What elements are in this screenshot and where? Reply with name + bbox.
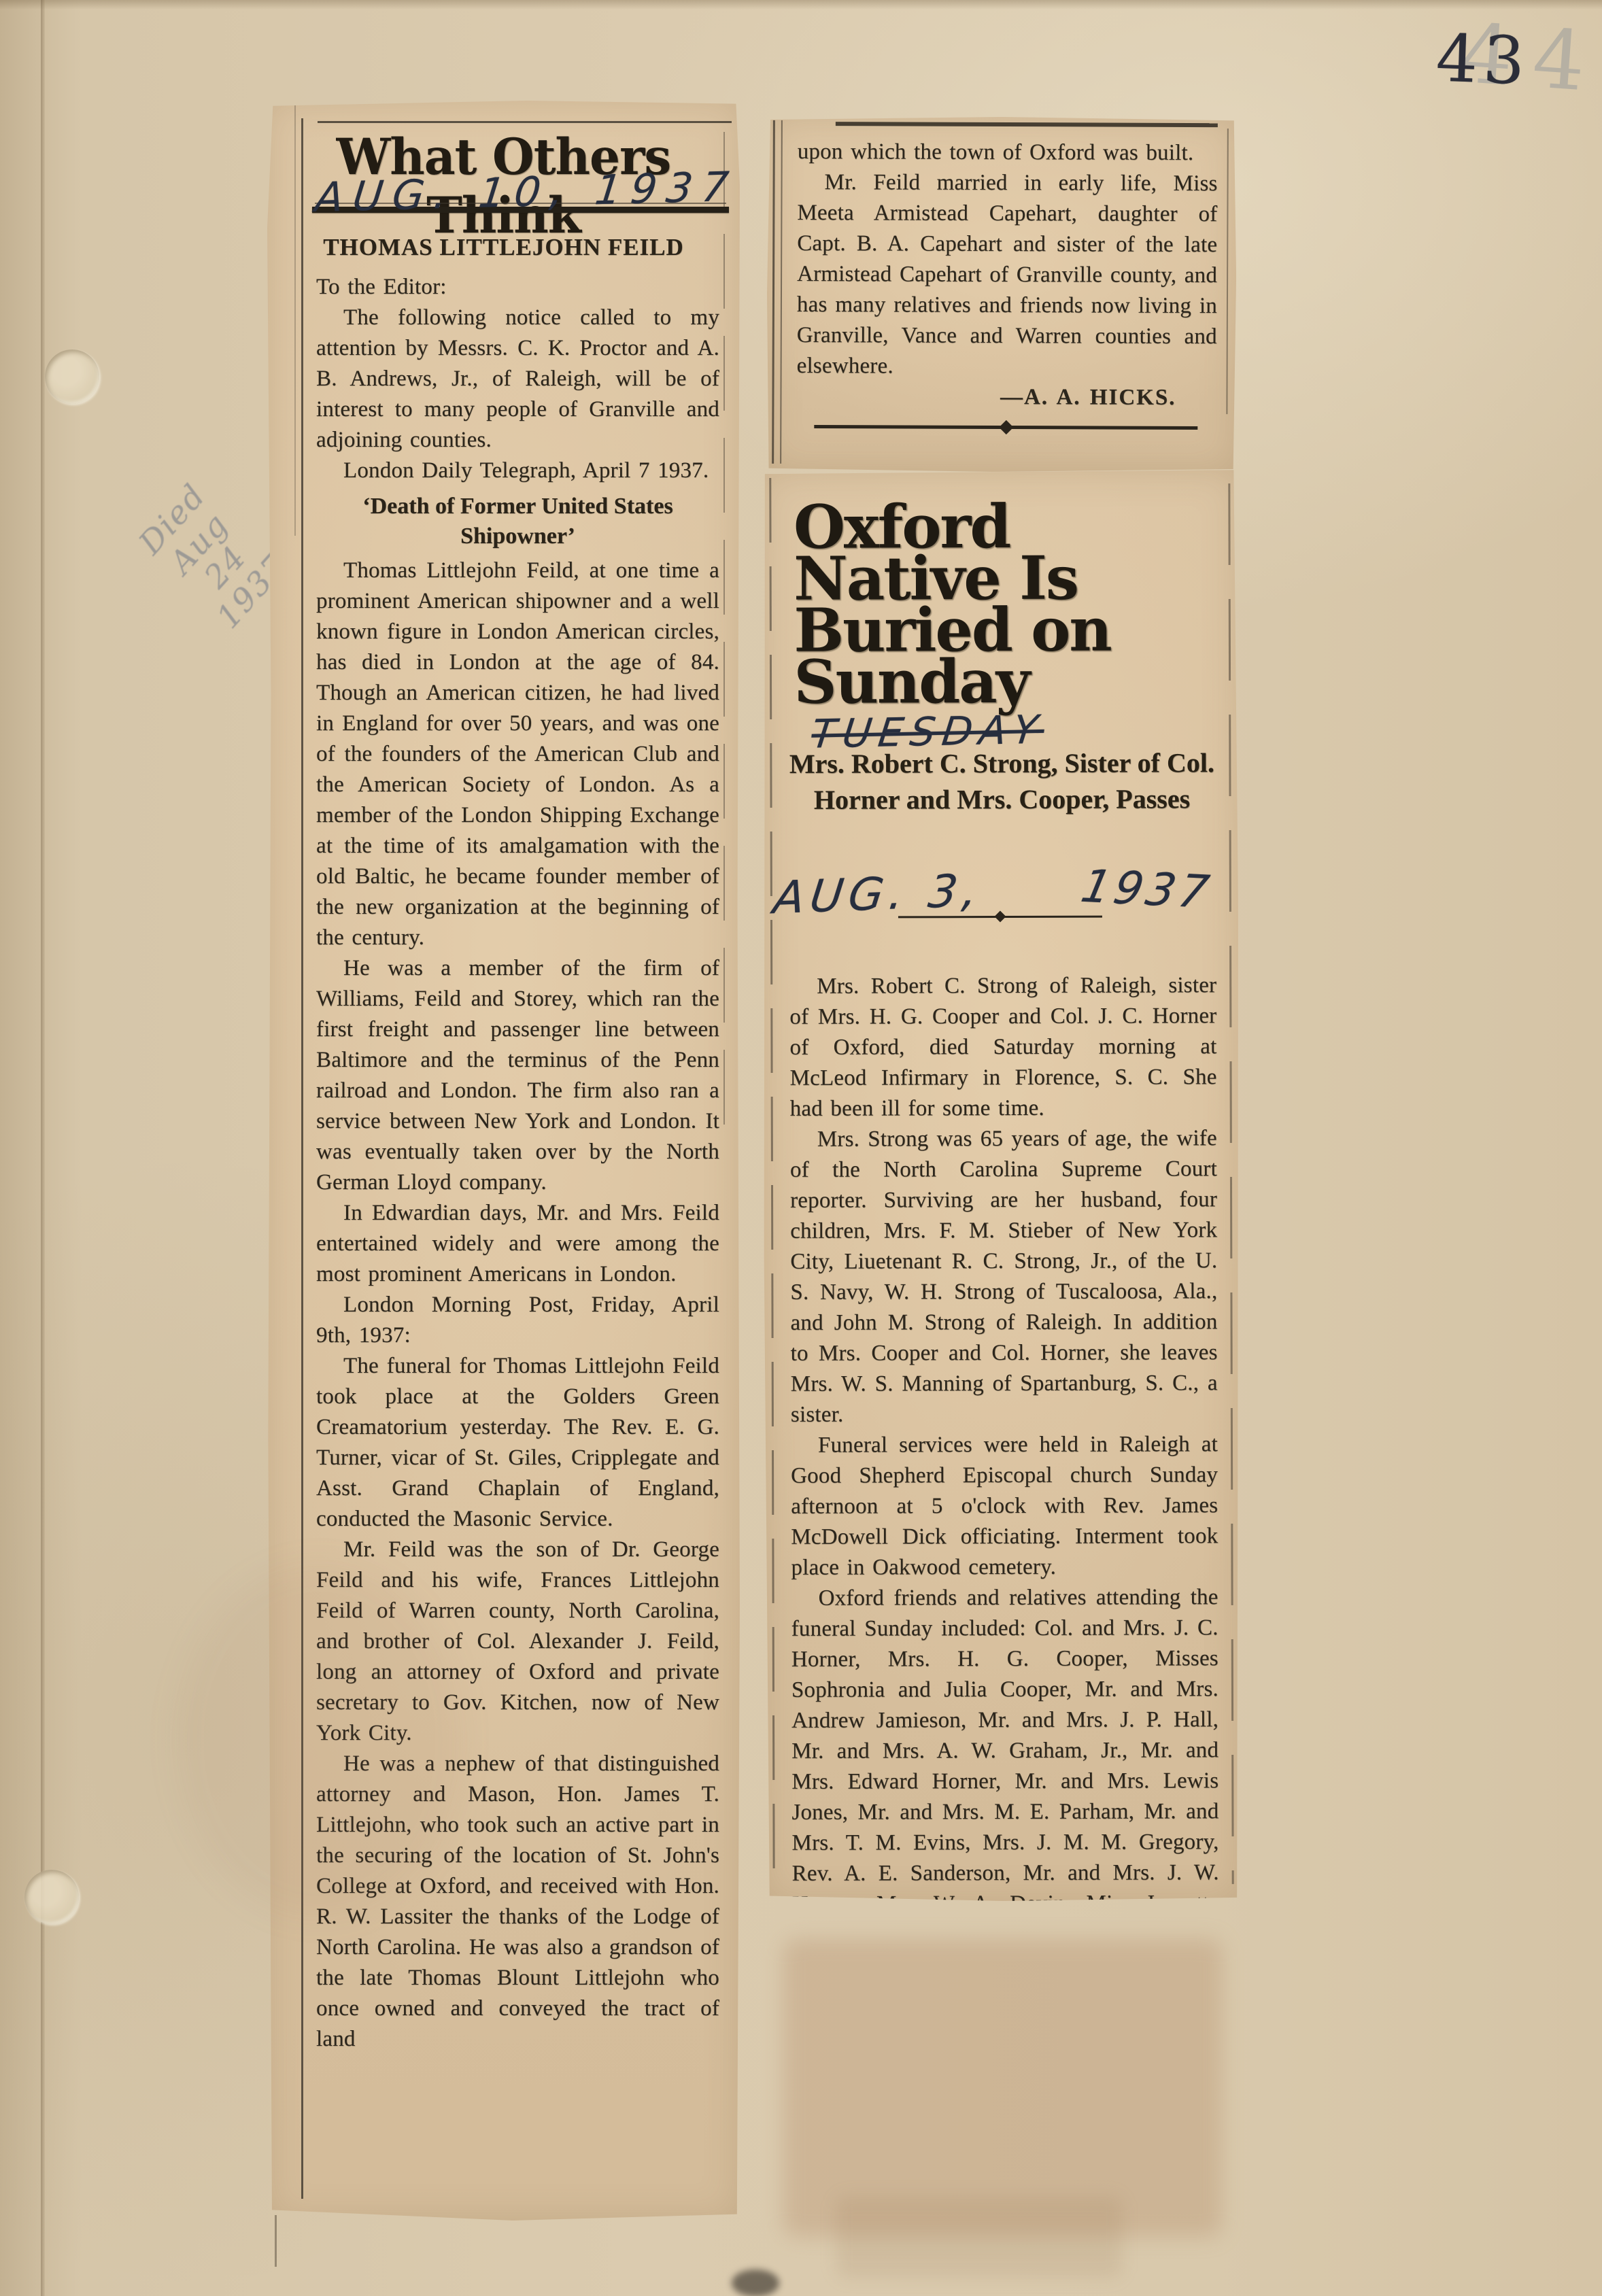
main-header-zone: TUESDAY Mrs. Robert C. Strong, Sister of… — [762, 706, 1238, 972]
headline-line-1: Oxford Native Is — [761, 470, 1233, 604]
paragraph-firm: He was a member of the firm of Williams,… — [316, 953, 719, 1198]
column-rule-right — [723, 132, 725, 1152]
end-rule-with-diamond — [814, 422, 1197, 433]
diamond-ornament — [994, 911, 1006, 923]
glue-stain-ghost — [783, 1939, 1222, 2237]
handwritten-correction-tuesday: TUESDAY — [809, 706, 1047, 757]
headline-line-2: Buried on Sunday — [762, 603, 1233, 708]
clipping-continuation: upon which the town of Oxford was built.… — [766, 116, 1237, 473]
paragraph-surviving: Mrs. Strong was 65 years of age, the wif… — [790, 1123, 1218, 1430]
paragraph-edwardian: In Edwardian days, Mr. and Mrs. Feild en… — [316, 1198, 719, 1290]
article-headline: THOMAS LITTLEJOHN FEILD — [267, 234, 740, 261]
handwritten-date-aug3: AUG. 3, — [770, 864, 985, 924]
signature-hicks: —A. A. HICKS. — [796, 381, 1216, 413]
clipping-oxford-native: Oxford Native Is Buried on Sunday TUESDA… — [761, 470, 1241, 1902]
paragraph-morning-post-source: London Morning Post, Friday, April 9th, … — [316, 1290, 719, 1351]
paragraph-death: Mrs. Robert C. Strong of Raleigh, sister… — [789, 970, 1217, 1125]
paragraph-continued: upon which the town of Oxford was built. — [798, 137, 1218, 169]
left-clipping-header: What Others Think AUG. 10, 1937 THOMAS L… — [267, 101, 740, 272]
glue-stain-faint — [836, 2196, 1122, 2278]
salutation: To the Editor: — [316, 272, 719, 303]
paragraph-marriage: Mr. Feild married in early life, Miss Me… — [797, 167, 1218, 383]
paper-stain — [177, 1564, 462, 1917]
page-number: 43 — [1435, 20, 1602, 102]
masthead-top-rule — [318, 121, 732, 123]
handwritten-year-1937: 1937 — [1077, 860, 1217, 919]
torn-edge-remnant — [275, 2215, 277, 2267]
paragraph-telegraph-source: London Daily Telegraph, April 7 1937. — [316, 456, 719, 486]
article-subhead: ‘Death of Former United States Shipowner… — [316, 492, 719, 551]
binding-crease — [41, 0, 45, 2296]
main-article-body: Mrs. Robert C. Strong of Raleigh, sister… — [762, 970, 1241, 1981]
diamond-ornament — [999, 420, 1013, 434]
continuation-body: upon which the town of Oxford was built.… — [766, 116, 1237, 413]
paragraph-obituary: Thomas Littlejohn Feild, at one time a p… — [316, 555, 719, 953]
paragraph-services: Funeral services were held in Raleigh at… — [791, 1429, 1218, 1583]
paragraph-attendees: Oxford friends and relatives attending t… — [791, 1582, 1220, 1981]
bottom-edge-smudge — [732, 2269, 779, 2296]
hole-punch-bottom — [24, 1870, 79, 1924]
scrapbook-page: 44 43 Died Aug 24 1937 What Others Think… — [0, 0, 1602, 2296]
continuation-left-rules — [772, 120, 783, 464]
hole-punch-top — [45, 349, 99, 404]
paragraph-funeral: The funeral for Thomas Littlejohn Feild … — [316, 1351, 719, 1535]
paragraph-notice: The following notice called to my attent… — [316, 303, 719, 456]
